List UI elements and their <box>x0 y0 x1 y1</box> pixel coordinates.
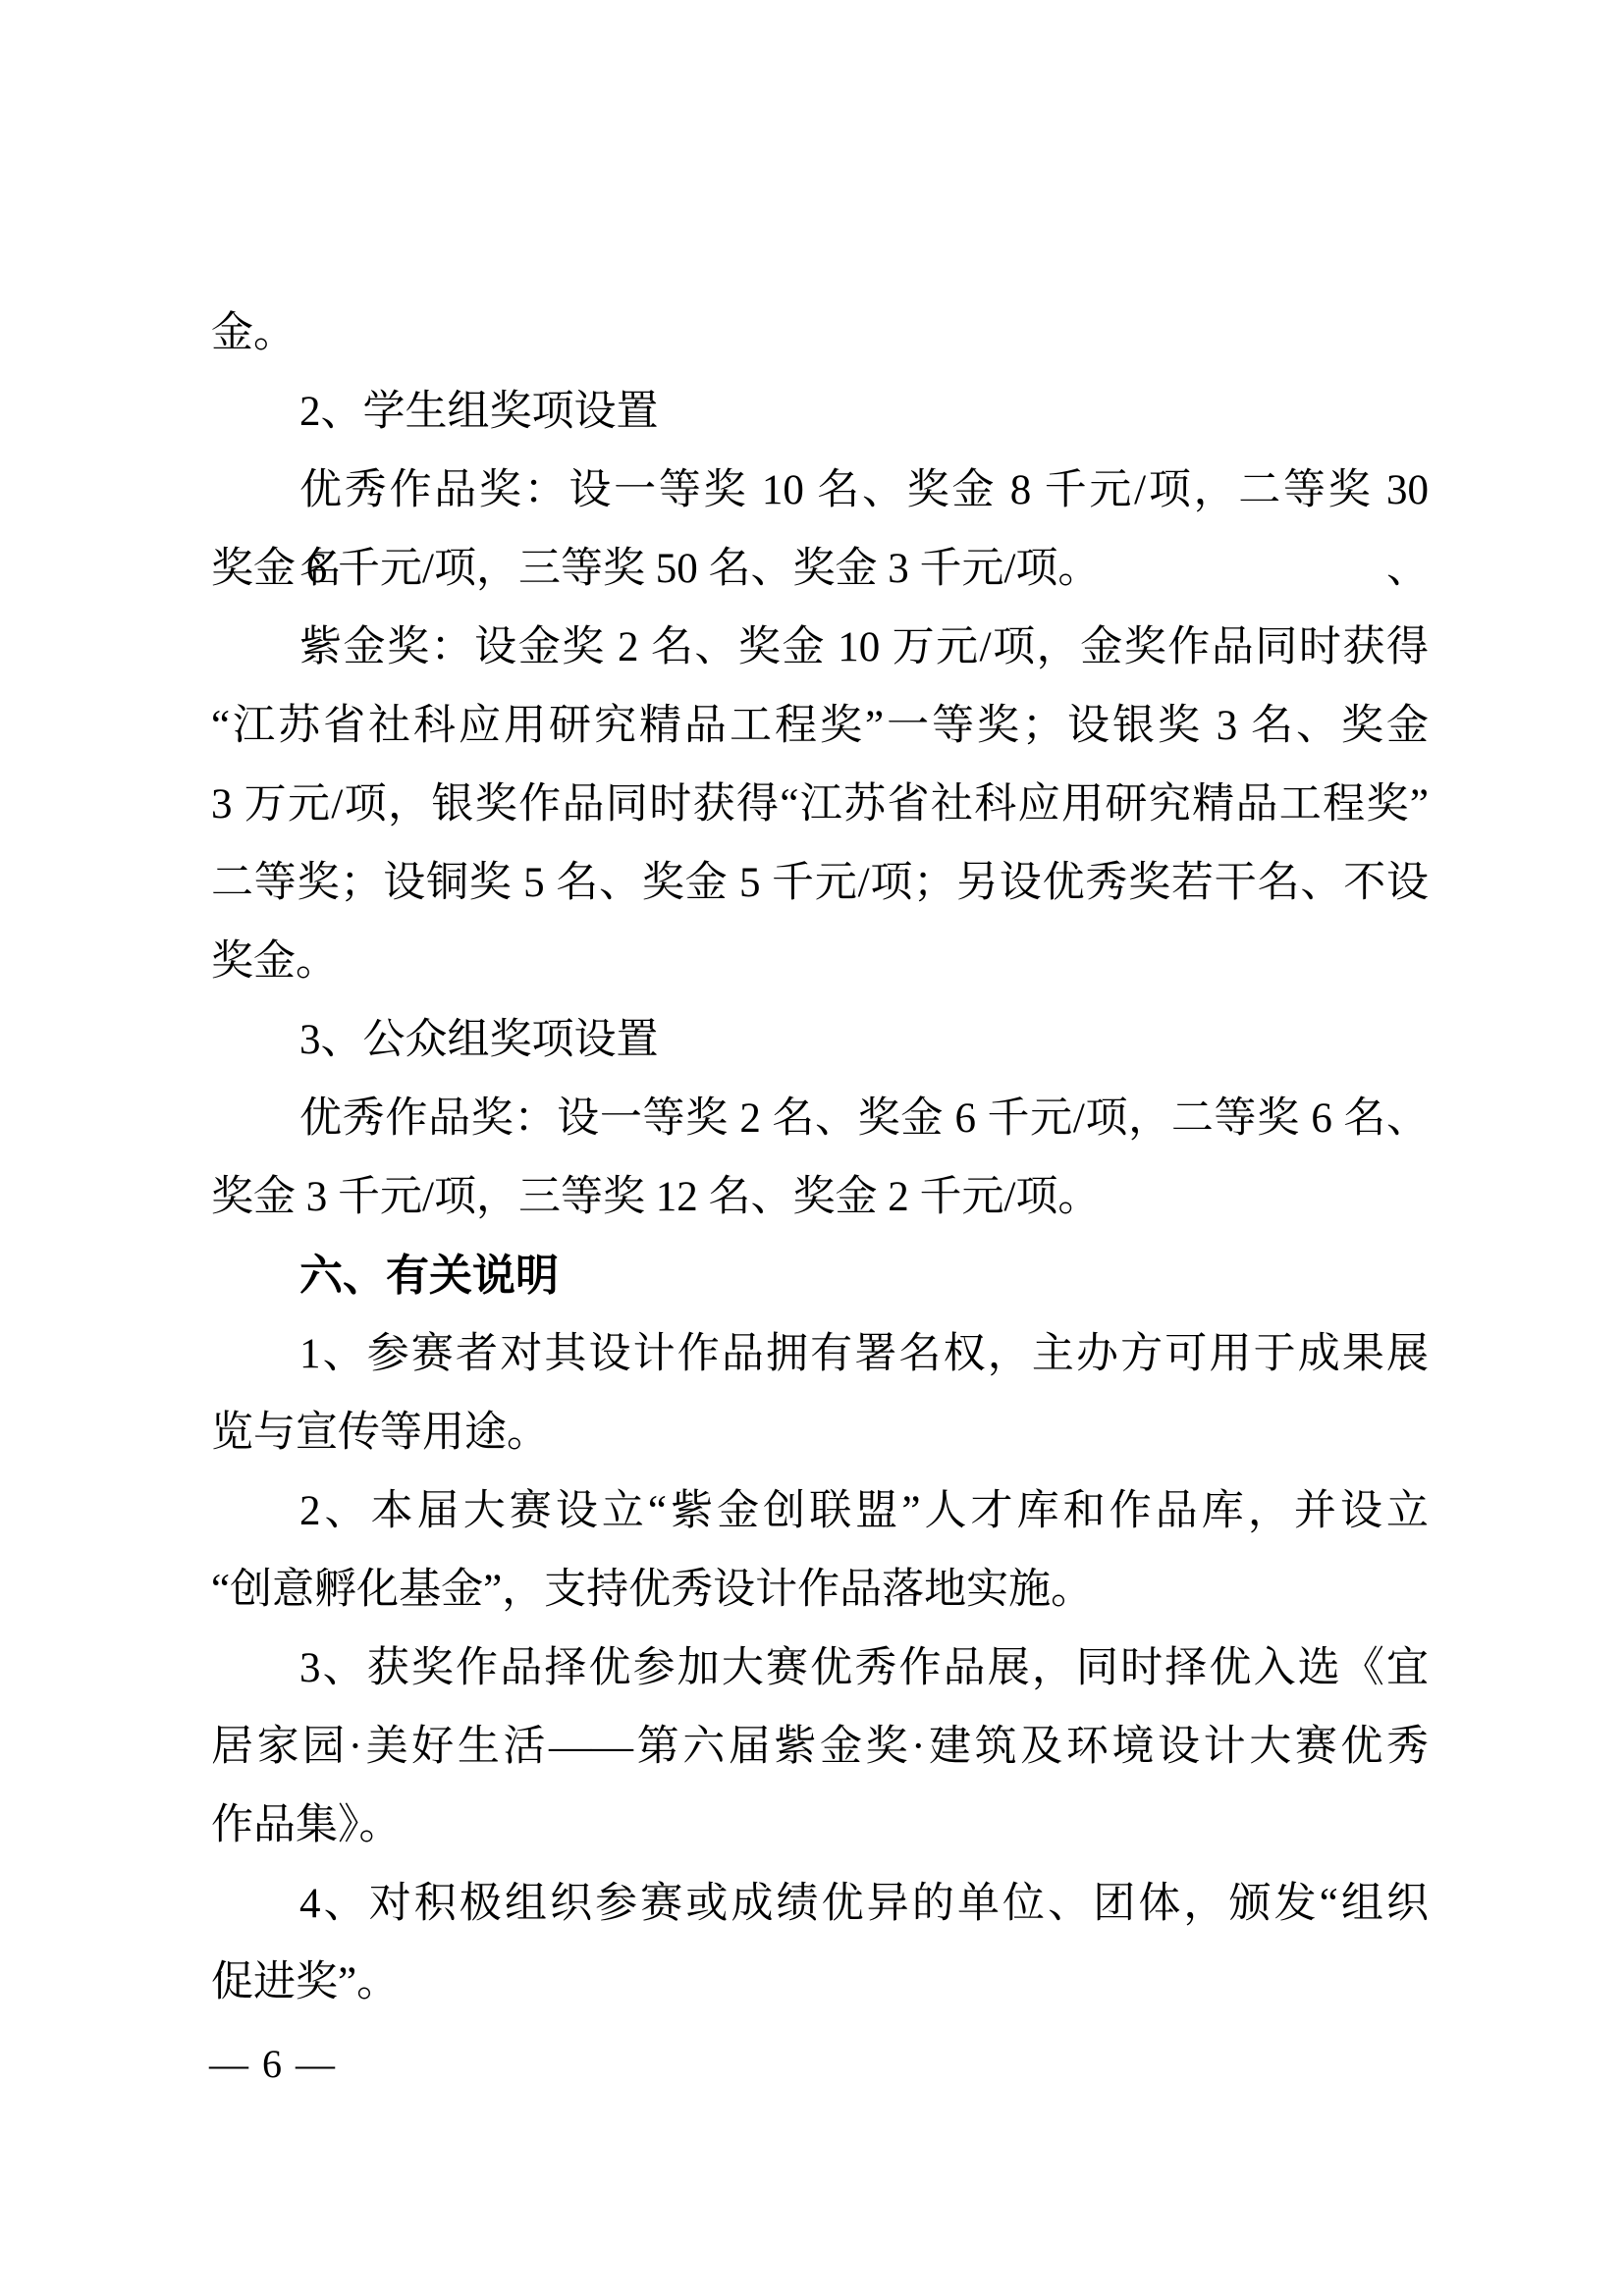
text-line: “创意孵化基金”，支持优秀设计作品落地实施。 <box>211 1551 1429 1629</box>
text-line: 3、公众组奖项设置 <box>211 1001 1429 1080</box>
text-line: 二等奖；设铜奖 5 名、奖金 5 千元/项；另设优秀奖若干名、不设 <box>211 844 1429 923</box>
text-line: 览与宣传等用途。 <box>211 1394 1429 1472</box>
text-line: 金。 <box>211 294 1429 373</box>
text-line: 作品集》。 <box>211 1787 1429 1865</box>
text-line: 2、本届大赛设立“紫金创联盟”人才库和作品库，并设立 <box>211 1472 1429 1551</box>
text-line: 3、获奖作品择优参加大赛优秀作品展，同时择优入选《宜 <box>211 1629 1429 1708</box>
text-line: 优秀作品奖：设一等奖 2 名、奖金 6 千元/项，二等奖 6 名、 <box>211 1080 1429 1158</box>
text-line: 3 万元/项，银奖作品同时获得“江苏省社科应用研究精品工程奖” <box>211 766 1429 844</box>
text-line: 1、参赛者对其设计作品拥有署名权，主办方可用于成果展 <box>211 1315 1429 1394</box>
text-line: 居家园·美好生活——第六届紫金奖·建筑及环境设计大赛优秀 <box>211 1708 1429 1787</box>
text-line: 优秀作品奖：设一等奖 10 名、奖金 8 千元/项，二等奖 30 名、 <box>211 452 1429 530</box>
text-line: 促进奖”。 <box>211 1944 1429 2022</box>
section-heading: 六、有关说明 <box>211 1237 1429 1315</box>
text-line: 2、学生组奖项设置 <box>211 373 1429 452</box>
text-line: “江苏省社科应用研究精品工程奖”一等奖；设银奖 3 名、奖金 <box>211 687 1429 766</box>
document-page: 金。2、学生组奖项设置优秀作品奖：设一等奖 10 名、奖金 8 千元/项，二等奖… <box>0 0 1624 2296</box>
text-block: 金。2、学生组奖项设置优秀作品奖：设一等奖 10 名、奖金 8 千元/项，二等奖… <box>211 294 1429 2022</box>
text-line: 奖金。 <box>211 923 1429 1001</box>
text-line: 奖金 3 千元/项，三等奖 12 名、奖金 2 千元/项。 <box>211 1158 1429 1237</box>
text-line: 紫金奖：设金奖 2 名、奖金 10 万元/项，金奖作品同时获得 <box>211 609 1429 687</box>
page-number: — 6 — <box>209 2040 337 2089</box>
text-line: 4、对积极组织参赛或成绩优异的单位、团体，颁发“组织 <box>211 1865 1429 1944</box>
